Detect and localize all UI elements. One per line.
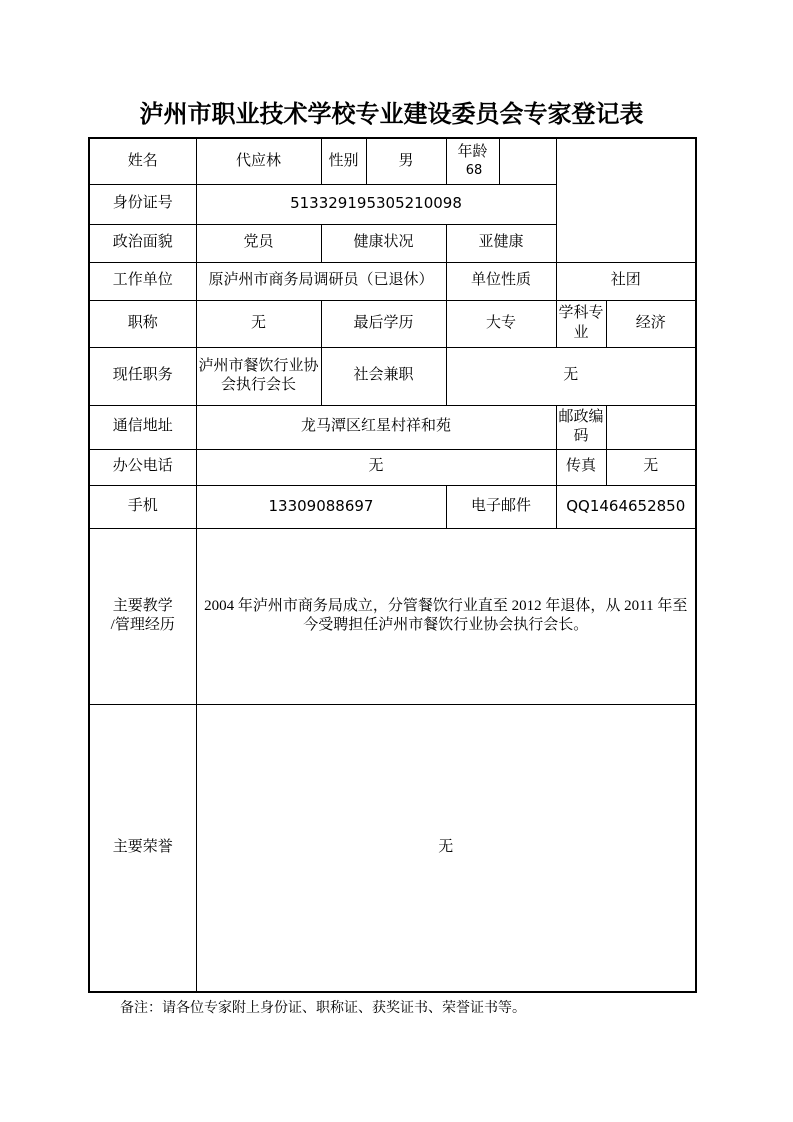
age-label: 年龄	[449, 143, 497, 163]
empty-cell	[499, 138, 556, 184]
postcode-label: 邮政编码	[556, 405, 606, 449]
row-employer: 工作单位 原泸州市商务局调研员（已退休） 单位性质 社团	[89, 262, 696, 300]
name-value: 代应林	[196, 138, 321, 184]
employer-value: 原泸州市商务局调研员（已退休）	[196, 262, 446, 300]
row-office-phone: 办公电话 无 传真 无	[89, 449, 696, 485]
experience-label-line1: 主要教学	[92, 597, 194, 617]
discipline-value: 经济	[606, 300, 696, 347]
fax-label: 传真	[556, 449, 606, 485]
footer-note: 备注：请各位专家附上身份证、职称证、获奖证书、荣誉证书等。	[120, 997, 526, 1017]
row-address: 通信地址 龙马潭区红星村祥和苑 邮政编码	[89, 405, 696, 449]
gender-value: 男	[366, 138, 446, 184]
honors-value: 无	[196, 704, 696, 992]
current-position-value: 泸州市餐饮行业协会执行会长	[196, 347, 321, 405]
postcode-value	[606, 405, 696, 449]
row-name: 姓名 代应林 性别 男 年龄 68	[89, 138, 696, 184]
id-number-value: 513329195305210098	[196, 184, 556, 224]
discipline-label: 学科专业	[556, 300, 606, 347]
education-label: 最后学历	[321, 300, 446, 347]
unit-type-label: 单位性质	[446, 262, 556, 300]
mobile-label: 手机	[89, 485, 196, 528]
current-position-label: 现任职务	[89, 347, 196, 405]
honors-label: 主要荣誉	[89, 704, 196, 992]
id-number-label: 身份证号	[89, 184, 196, 224]
page-title: 泸州市职业技术学校专业建设委员会专家登记表	[88, 94, 695, 129]
row-mobile: 手机 13309088697 电子邮件 QQ1464652850	[89, 485, 696, 528]
mobile-value: 13309088697	[196, 485, 446, 528]
email-label: 电子邮件	[446, 485, 556, 528]
unit-type-value: 社团	[556, 262, 696, 300]
professional-title-value: 无	[196, 300, 321, 347]
employer-label: 工作单位	[89, 262, 196, 300]
political-status-label: 政治面貌	[89, 224, 196, 262]
row-experience: 主要教学 /管理经历 2004 年泸州市商务局成立，分管餐饮行业直至 2012 …	[89, 528, 696, 704]
photo-cell	[556, 138, 696, 262]
name-label: 姓名	[89, 138, 196, 184]
address-label: 通信地址	[89, 405, 196, 449]
age-cell: 年龄 68	[446, 138, 499, 184]
row-current-position: 现任职务 泸州市餐饮行业协会执行会长 社会兼职 无	[89, 347, 696, 405]
row-professional-title: 职称 无 最后学历 大专 学科专业 经济	[89, 300, 696, 347]
row-honors: 主要荣誉 无	[89, 704, 696, 992]
fax-value: 无	[606, 449, 696, 485]
experience-value: 2004 年泸州市商务局成立，分管餐饮行业直至 2012 年退体，从 2011 …	[196, 528, 696, 704]
document-page: 泸州市职业技术学校专业建设委员会专家登记表 姓名 代应林 性别 男 年龄 68	[0, 0, 793, 1122]
office-phone-label: 办公电话	[89, 449, 196, 485]
address-value: 龙马潭区红星村祥和苑	[196, 405, 556, 449]
age-value: 68	[449, 163, 497, 180]
health-label: 健康状况	[321, 224, 446, 262]
health-value: 亚健康	[446, 224, 556, 262]
office-phone-value: 无	[196, 449, 556, 485]
email-value: QQ1464652850	[556, 485, 696, 528]
political-status-value: 党员	[196, 224, 321, 262]
experience-label-line2: /管理经历	[92, 616, 194, 636]
education-value: 大专	[446, 300, 556, 347]
social-parttime-label: 社会兼职	[321, 347, 446, 405]
professional-title-label: 职称	[89, 300, 196, 347]
experience-label: 主要教学 /管理经历	[89, 528, 196, 704]
social-parttime-value: 无	[446, 347, 696, 405]
gender-label: 性别	[321, 138, 366, 184]
expert-registration-table: 姓名 代应林 性别 男 年龄 68 身份证号 51332919530521009…	[88, 137, 697, 993]
